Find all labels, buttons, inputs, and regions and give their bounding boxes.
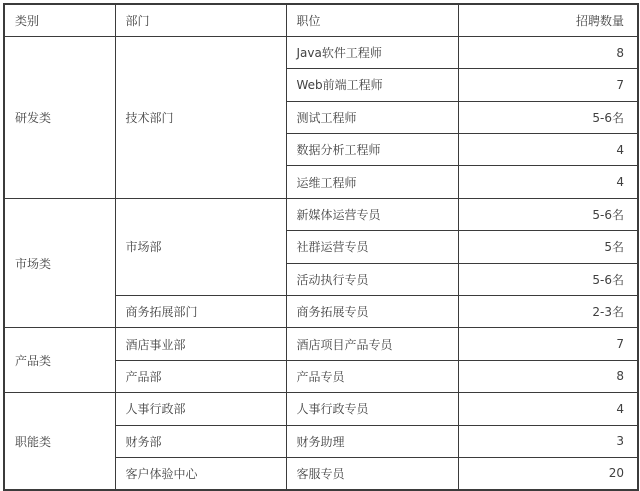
count-cell: 5-6名 [458, 263, 638, 295]
department-cell: 市场部 [115, 198, 286, 295]
position-cell: 社群运营专员 [286, 231, 458, 263]
position-cell: 运维工程师 [286, 166, 458, 198]
position-cell: Java软件工程师 [286, 36, 458, 68]
department-cell: 产品部 [115, 360, 286, 392]
position-cell: 新媒体运营专员 [286, 198, 458, 230]
category-cell: 职能类 [4, 393, 115, 490]
category-cell: 市场类 [4, 198, 115, 328]
table-row: 市场类市场部新媒体运营专员5-6名 [4, 198, 638, 230]
position-cell: 财务助理 [286, 425, 458, 457]
position-cell: 客服专员 [286, 457, 458, 489]
department-cell: 酒店事业部 [115, 328, 286, 360]
table-row: 研发类技术部门Java软件工程师8 [4, 36, 638, 68]
department-cell: 财务部 [115, 425, 286, 457]
count-cell: 4 [458, 166, 638, 198]
position-cell: Web前端工程师 [286, 69, 458, 101]
position-cell: 商务拓展专员 [286, 296, 458, 328]
header-cell: 职位 [286, 4, 458, 36]
header-row: 类别部门职位招聘数量 [4, 4, 638, 36]
table-header: 类别部门职位招聘数量 [4, 4, 638, 36]
position-cell: 人事行政专员 [286, 393, 458, 425]
position-cell: 产品专员 [286, 360, 458, 392]
recruitment-table: 类别部门职位招聘数量 研发类技术部门Java软件工程师8Web前端工程师7测试工… [3, 3, 639, 491]
count-cell: 2-3名 [458, 296, 638, 328]
category-cell: 研发类 [4, 36, 115, 198]
header-cell: 招聘数量 [458, 4, 638, 36]
position-cell: 活动执行专员 [286, 263, 458, 295]
category-cell: 产品类 [4, 328, 115, 393]
count-cell: 20 [458, 457, 638, 489]
table-body: 研发类技术部门Java软件工程师8Web前端工程师7测试工程师5-6名数据分析工… [4, 36, 638, 489]
count-cell: 3 [458, 425, 638, 457]
count-cell: 7 [458, 328, 638, 360]
count-cell: 4 [458, 393, 638, 425]
department-cell: 技术部门 [115, 36, 286, 198]
header-cell: 部门 [115, 4, 286, 36]
count-cell: 5-6名 [458, 101, 638, 133]
department-cell: 客户体验中心 [115, 457, 286, 489]
count-cell: 7 [458, 69, 638, 101]
count-cell: 5-6名 [458, 198, 638, 230]
position-cell: 数据分析工程师 [286, 134, 458, 166]
count-cell: 8 [458, 360, 638, 392]
department-cell: 人事行政部 [115, 393, 286, 425]
count-cell: 8 [458, 36, 638, 68]
table-row: 产品类酒店事业部酒店项目产品专员7 [4, 328, 638, 360]
table-row: 职能类人事行政部人事行政专员4 [4, 393, 638, 425]
header-cell: 类别 [4, 4, 115, 36]
position-cell: 测试工程师 [286, 101, 458, 133]
count-cell: 4 [458, 134, 638, 166]
department-cell: 商务拓展部门 [115, 296, 286, 328]
count-cell: 5名 [458, 231, 638, 263]
position-cell: 酒店项目产品专员 [286, 328, 458, 360]
